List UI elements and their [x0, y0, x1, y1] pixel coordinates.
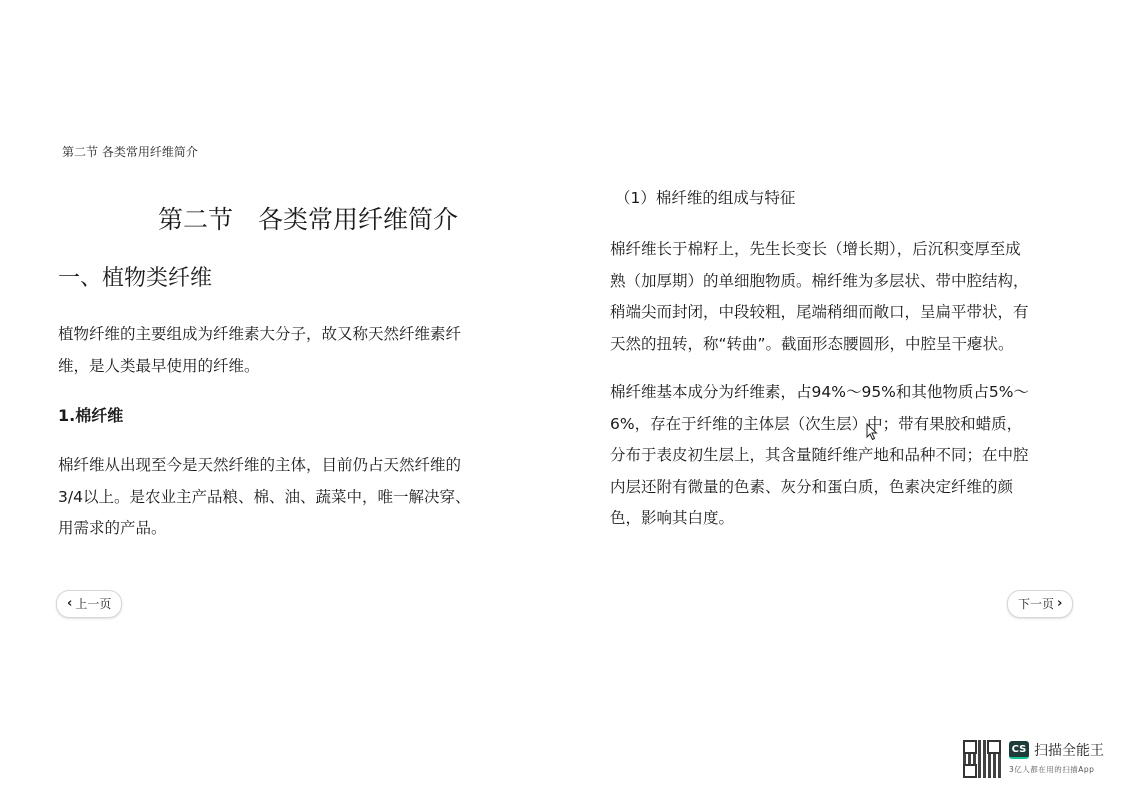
subheading-composition: （1）棉纤维的组成与特征: [615, 186, 1080, 210]
text-line: 维，是人类最早使用的纤维。: [58, 351, 528, 383]
paragraph-cotton-composition: 棉纤维基本成分为纤维素，占94%～95%和其他物质占5%～ 6%，存在于纤维的主…: [610, 377, 1080, 535]
text-line: 色，影响其白度。: [610, 503, 1080, 535]
qr-code-icon: [963, 740, 1001, 778]
camscanner-logo-icon: CS: [1009, 741, 1029, 759]
watermark-tagline: 3亿人都在用的扫描App: [1009, 764, 1104, 775]
scanner-watermark: CS 扫描全能王 3亿人都在用的扫描App: [963, 740, 1104, 778]
text-line: 棉纤维从出现至今是天然纤维的主体，目前仍占天然纤维的: [58, 450, 528, 482]
text-line: 植物纤维的主要组成为纤维素大分子，故又称天然纤维素纤: [58, 319, 528, 351]
prev-page-button[interactable]: ‹ 上一页: [56, 590, 122, 618]
text-line: 棉纤维基本成分为纤维素，占94%～95%和其他物质占5%～: [610, 377, 1080, 409]
text-line: 天然的扭转，称“转曲”。截面形态腰圆形，中腔呈干瘪状。: [610, 329, 1080, 361]
watermark-brand: 扫描全能王: [1034, 740, 1104, 760]
next-page-button[interactable]: 下一页 ›: [1007, 590, 1073, 618]
left-column: 第二节 各类常用纤维简介 一、植物类纤维 植物纤维的主要组成为纤维素大分子，故又…: [58, 200, 528, 545]
subheading-cotton: 1.棉纤维: [58, 402, 528, 430]
paragraph-plant-fiber: 植物纤维的主要组成为纤维素大分子，故又称天然纤维素纤 维，是人类最早使用的纤维。: [58, 319, 528, 382]
section-title: 一、植物类纤维: [58, 261, 528, 297]
text-line: 熟（加厚期）的单细胞物质。棉纤维为多层状、带中腔结构，: [610, 266, 1080, 298]
running-header: 第二节 各类常用纤维简介: [62, 143, 198, 160]
text-line: 6%，存在于纤维的主体层（次生层）中；带有果胶和蜡质，: [610, 409, 1080, 441]
paragraph-cotton-intro: 棉纤维从出现至今是天然纤维的主体，目前仍占天然纤维的 3/4以上。是农业主产品粮…: [58, 450, 528, 545]
chapter-title: 第二节 各类常用纤维简介: [58, 200, 528, 240]
right-column: （1）棉纤维的组成与特征 棉纤维长于棉籽上，先生长变长（增长期），后沉积变厚至成…: [610, 186, 1080, 535]
next-page-label: 下一页: [1018, 591, 1054, 617]
text-line: 棉纤维长于棉籽上，先生长变长（增长期），后沉积变厚至成: [610, 234, 1080, 266]
text-line: 分布于表皮初生层上，其含量随纤维产地和品种不同；在中腔: [610, 440, 1080, 472]
text-line: 用需求的产品。: [58, 513, 528, 545]
chevron-right-icon: ›: [1057, 591, 1062, 617]
chevron-left-icon: ‹: [67, 591, 72, 617]
paragraph-cotton-structure: 棉纤维长于棉籽上，先生长变长（增长期），后沉积变厚至成 熟（加厚期）的单细胞物质…: [610, 234, 1080, 360]
prev-page-label: 上一页: [75, 591, 111, 617]
text-line: 稍端尖而封闭，中段较粗，尾端稍细而敞口，呈扁平带状，有: [610, 297, 1080, 329]
text-line: 内层还附有微量的色素、灰分和蛋白质，色素决定纤维的颜: [610, 472, 1080, 504]
text-line: 3/4以上。是农业主产品粮、棉、油、蔬菜中，唯一解决穿、: [58, 482, 528, 514]
